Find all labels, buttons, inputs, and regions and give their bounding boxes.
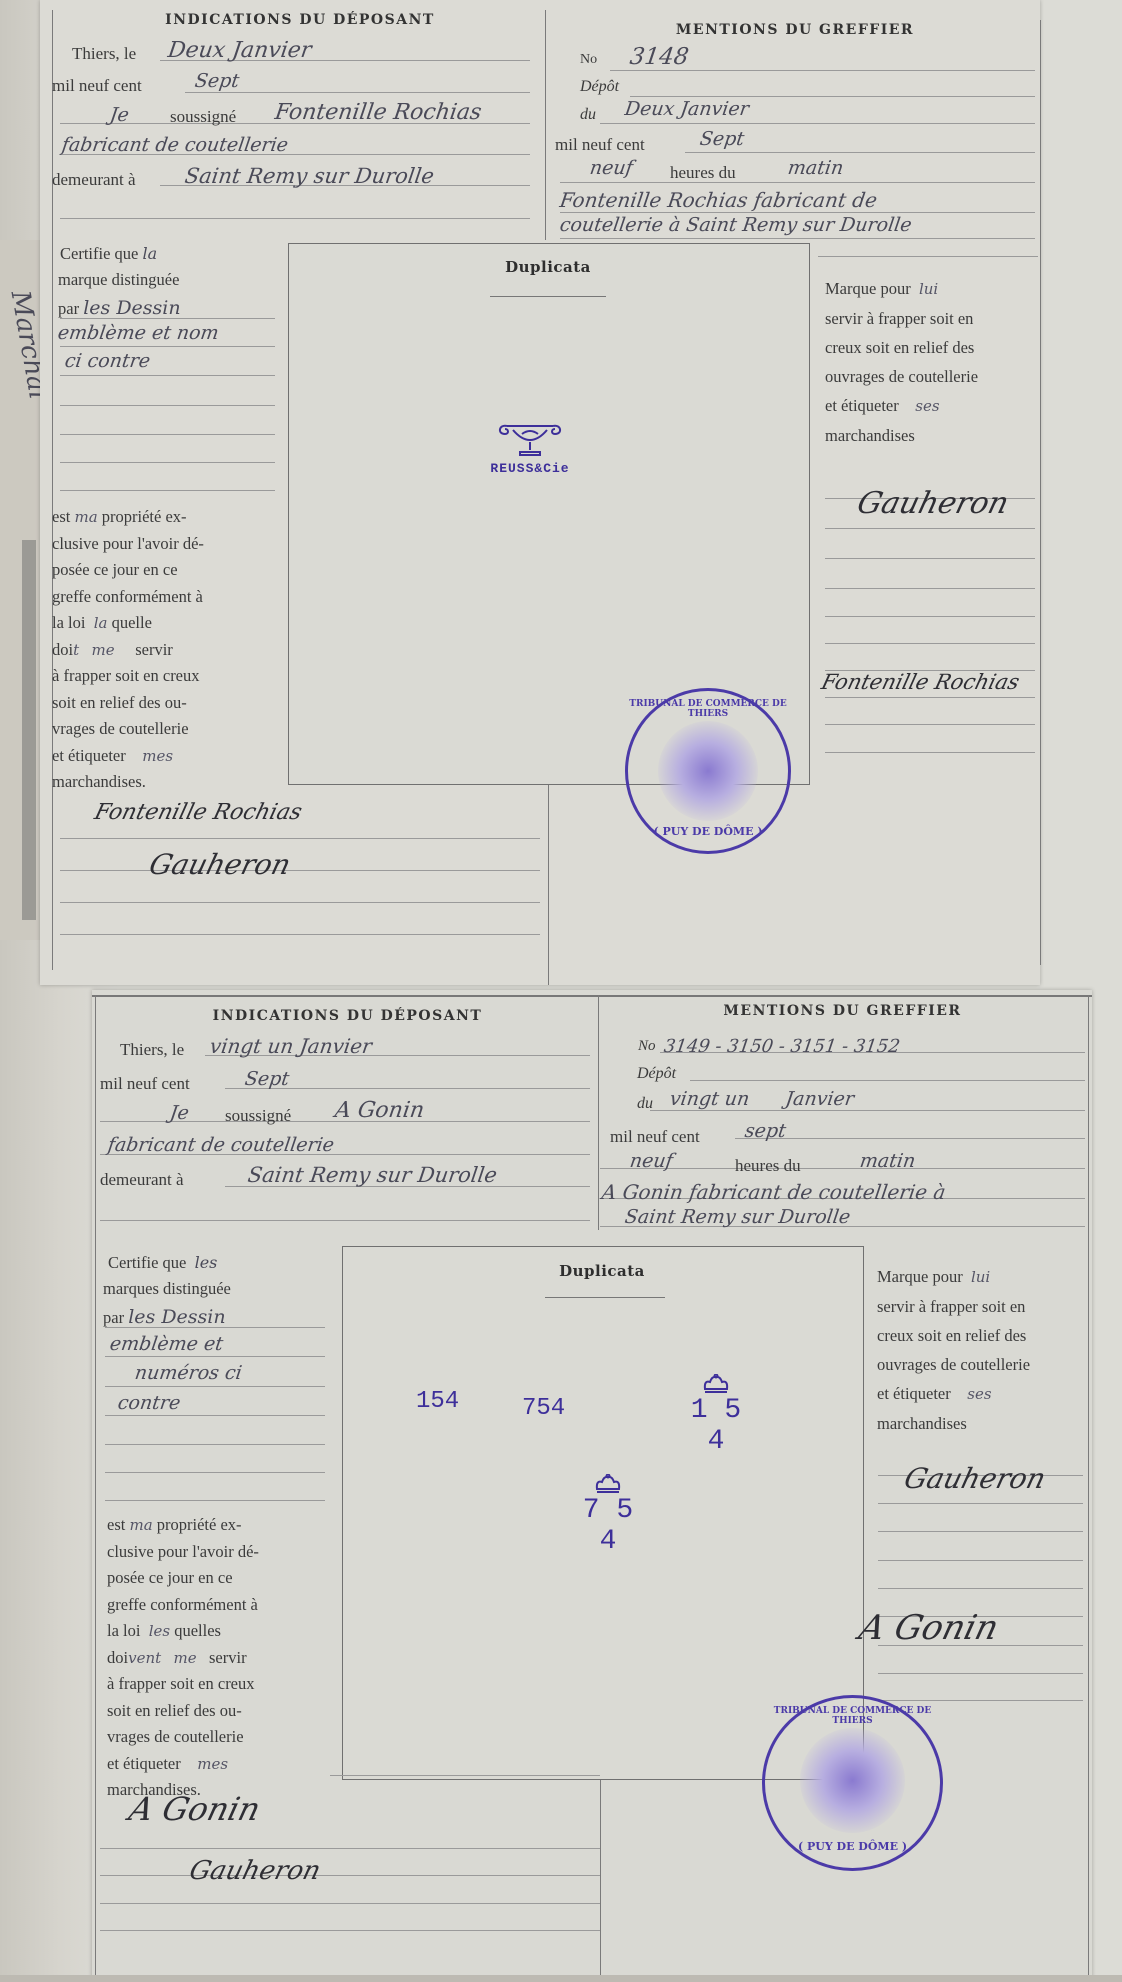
r1-certify-line5: ci contre — [63, 350, 151, 372]
hand: mes — [197, 1755, 228, 1773]
rule — [100, 1903, 600, 1904]
text: greffe conformément à — [52, 584, 272, 611]
rule — [185, 92, 530, 93]
hand: me — [92, 641, 115, 659]
text: est — [107, 1515, 125, 1534]
rule — [105, 1327, 325, 1328]
hand: t — [73, 641, 79, 659]
r1-heures-label: heures du — [670, 163, 736, 183]
r1-duplicata-title: Duplicata — [288, 258, 808, 276]
hand: ses — [915, 397, 939, 415]
rule — [878, 1673, 1083, 1674]
r2-no-hand: 3149 - 3150 - 3151 - 3152 — [663, 1036, 902, 1057]
r2-du-hand: vingt un Janvier — [668, 1088, 855, 1110]
record-1-right-header: MENTIONS DU GREFFIER — [555, 22, 1035, 38]
crown-mark-text: 7 5 4 — [568, 1495, 648, 1557]
seal-emblem — [658, 721, 758, 821]
record-2-bottom-center-divider — [600, 1780, 601, 1980]
rule — [105, 1386, 325, 1387]
rule — [60, 375, 275, 376]
r2-hour-hand: neuf — [628, 1150, 674, 1172]
rule — [825, 616, 1035, 617]
r2-certify-line4: emblème et — [108, 1333, 224, 1355]
text: creux soit en relief des — [825, 333, 1040, 362]
hand: ma — [129, 1516, 152, 1534]
hand: vent — [128, 1649, 161, 1667]
r1-depot-label: Dépôt — [580, 78, 619, 96]
r2-right-text: Marque pour lui servir à frapper soit en… — [877, 1262, 1087, 1438]
text: propriété ex- — [102, 507, 187, 526]
r2-crown-mark-754: 7 5 4 — [568, 1474, 648, 1557]
r1-date-hand: Deux Janvier — [166, 38, 313, 63]
certify-label: Certifie que — [108, 1253, 186, 1272]
rule — [650, 1110, 1085, 1111]
title-underline — [490, 296, 606, 297]
hand: la — [94, 614, 108, 632]
seal-bottom-text: ( PUY DE DÔME ) — [628, 825, 788, 838]
rule — [630, 96, 1035, 97]
r2-time-hand: matin — [858, 1150, 916, 1172]
rule — [60, 346, 275, 347]
r2-property-text: est ma propriété ex- clusive pour l'avoi… — [107, 1512, 332, 1804]
rule — [560, 238, 1035, 239]
rule — [100, 1220, 590, 1221]
text: marchandises. — [52, 769, 272, 796]
record-1-right-border — [1040, 20, 1041, 965]
crown-mark-text: 1 5 4 — [676, 1395, 756, 1457]
text: quelles — [174, 1621, 221, 1640]
text: soit en relief des ou- — [107, 1698, 332, 1725]
rule — [105, 1444, 325, 1445]
text: la loi — [52, 613, 85, 632]
rule — [818, 256, 1038, 257]
rule — [825, 528, 1035, 529]
certify-label: Certifie que — [60, 244, 138, 263]
r1-tribunal-seal: TRIBUNAL DE COMMERCE DE THIERS ( PUY DE … — [625, 688, 791, 854]
sheet-top-edge — [92, 995, 1092, 997]
rule — [100, 1930, 600, 1931]
margin-tab — [22, 540, 36, 920]
seal-emblem — [800, 1728, 905, 1833]
rule — [878, 1560, 1083, 1561]
text: servir — [209, 1648, 247, 1667]
text: et étiqueter — [107, 1754, 181, 1773]
par-hand: les Dessin — [128, 1306, 225, 1328]
rule — [330, 1775, 600, 1776]
r2-tribunal-seal: TRIBUNAL DE COMMERCE DE THIERS ( PUY DE … — [762, 1695, 943, 1871]
hand: me — [174, 1649, 197, 1667]
record-2-right-border — [1088, 995, 1089, 1975]
text: posée ce jour en ce — [107, 1565, 332, 1592]
rule — [105, 1500, 325, 1501]
r2-name-hand: A Gonin — [333, 1098, 426, 1123]
r1-clerk-year-label: mil neuf cent — [555, 135, 645, 155]
crown-icon — [594, 1474, 622, 1494]
rule — [825, 558, 1035, 559]
r2-clerk-year-label: mil neuf cent — [610, 1127, 700, 1147]
r2-year-hand: Sept — [243, 1068, 290, 1090]
r2-depot-label: Dépôt — [637, 1065, 676, 1083]
r1-certify-line3: par les Dessin — [58, 297, 181, 319]
text: ouvrages de coutellerie — [877, 1350, 1087, 1379]
r2-date-hand: vingt un Janvier — [208, 1034, 373, 1058]
r1-depositor-signature-right: Fontenille Rochias — [819, 670, 1022, 694]
record-2-right-header: MENTIONS DU GREFFIER — [600, 1003, 1085, 1019]
rule — [60, 934, 540, 935]
rule — [105, 1415, 325, 1416]
seal-top-text: TRIBUNAL DE COMMERCE DE THIERS — [765, 1706, 940, 1726]
text: et étiqueter — [52, 746, 126, 765]
r1-du-label: du — [580, 106, 596, 124]
text: creux soit en relief des — [877, 1321, 1087, 1350]
rule — [100, 1875, 600, 1876]
r2-certify-line2: marques distinguée — [103, 1279, 231, 1299]
r2-mark-154: 154 — [416, 1388, 459, 1415]
rule — [60, 434, 275, 435]
text: servir — [135, 640, 173, 659]
text: servir à frapper soit en — [877, 1292, 1087, 1321]
record-1-bottom-center-divider — [548, 785, 549, 985]
hand: mes — [142, 747, 173, 765]
r2-certify-line1: Certifie que les — [108, 1253, 217, 1273]
r1-du-hand: Deux Janvier — [623, 98, 750, 120]
page-bottom-edge — [0, 1975, 1122, 1982]
r1-hour-hand: neuf — [588, 157, 634, 179]
text: doi — [52, 640, 73, 659]
crown-icon — [702, 1374, 730, 1394]
r1-clerk-signature-left: Gauheron — [146, 848, 294, 881]
r2-duplicata-title: Duplicata — [342, 1262, 862, 1280]
text: greffe conformément à — [107, 1592, 332, 1619]
r2-certify-line3: par les Dessin — [103, 1306, 226, 1328]
par-label: par — [103, 1308, 124, 1327]
text: est — [52, 507, 70, 526]
r2-clerk-name-line: A Gonin fabricant de coutellerie à — [600, 1180, 947, 1204]
mark-text: REUSS&Cie — [480, 461, 580, 476]
text: doi — [107, 1648, 128, 1667]
rule — [825, 697, 1035, 698]
r1-certify-line4: emblème et nom — [56, 322, 220, 344]
record-1-left-border — [52, 10, 53, 970]
r1-no-hand: 3148 — [628, 44, 690, 70]
text: soit en relief des ou- — [52, 690, 272, 717]
r1-year-hand: Sept — [193, 70, 240, 92]
text: à frapper soit en creux — [107, 1671, 332, 1698]
text: Marque pour — [825, 279, 911, 298]
text: ouvrages de coutellerie — [825, 362, 1040, 391]
rule — [60, 405, 275, 406]
rule — [60, 318, 275, 319]
rule — [60, 870, 540, 871]
certify-hand: la — [142, 244, 157, 263]
text: propriété ex- — [157, 1515, 242, 1534]
rule — [878, 1531, 1083, 1532]
rule — [60, 902, 540, 903]
rule — [60, 490, 275, 491]
r2-residence-label: demeurant à — [100, 1170, 184, 1190]
r2-mark-754: 754 — [522, 1395, 565, 1422]
rule — [60, 218, 530, 219]
rule — [610, 70, 1035, 71]
r2-je-hand: Je — [168, 1102, 190, 1124]
title-underline — [545, 1297, 665, 1298]
r1-certify-line2: marque distinguée — [58, 270, 179, 290]
r1-soussigne-label: soussigné — [170, 107, 236, 127]
text: servir à frapper soit en — [825, 304, 1040, 333]
hand: ma — [74, 508, 97, 526]
record-1-center-divider — [545, 10, 546, 240]
r2-no-label: No — [638, 1038, 656, 1055]
rule — [60, 838, 540, 839]
r1-property-text: est ma propriété ex- clusive pour l'avoi… — [52, 504, 272, 796]
r1-clerk-signature-right: Gauheron — [854, 486, 1013, 521]
r1-clerk-year-hand: Sept — [698, 128, 745, 150]
text: marchandises — [877, 1409, 1087, 1438]
r1-mark: REUSS&Cie — [480, 418, 580, 476]
text: Marque pour — [877, 1267, 963, 1286]
rule — [735, 1138, 1085, 1139]
record-1-left-header: INDICATIONS DU DÉPOSANT — [60, 12, 540, 28]
rule — [878, 1503, 1083, 1504]
r2-certify-line6: contre — [116, 1392, 181, 1414]
hand: les — [149, 1622, 170, 1640]
rule — [878, 1588, 1083, 1589]
text: marchandises — [825, 421, 1040, 450]
r2-clerk-signature-right: Gauheron — [901, 1462, 1049, 1495]
r1-time-hand: matin — [786, 157, 844, 179]
rule — [825, 643, 1035, 644]
rule — [690, 1080, 1085, 1081]
r2-residence-hand: Saint Remy sur Durolle — [246, 1163, 498, 1187]
r2-soussigne-label: soussigné — [225, 1106, 291, 1126]
r2-du-label: du — [637, 1095, 653, 1113]
r2-clerk-signature-left: Gauheron — [186, 1856, 323, 1886]
hand: lui — [971, 1268, 990, 1286]
seal-top-text: TRIBUNAL DE COMMERCE DE THIERS — [628, 699, 788, 719]
r1-no-label: No — [580, 52, 597, 68]
r2-clerk-name-line2: Saint Remy sur Durolle — [623, 1206, 851, 1228]
r1-je-hand: Je — [108, 104, 130, 126]
rule — [600, 123, 1035, 124]
text: quelle — [112, 613, 152, 632]
record-2-left-border — [95, 995, 96, 1975]
rule — [60, 462, 275, 463]
r2-thiers-label: Thiers, le — [120, 1040, 184, 1060]
r1-residence-hand: Saint Remy sur Durolle — [183, 164, 435, 188]
text: vrages de coutellerie — [52, 716, 272, 743]
rule — [600, 1168, 1085, 1169]
r1-residence-label: demeurant à — [52, 170, 136, 190]
record-2-left-header: INDICATIONS DU DÉPOSANT — [100, 1008, 595, 1024]
certify-hand: les — [195, 1253, 218, 1272]
hand: ses — [967, 1385, 991, 1403]
r1-thiers-label: Thiers, le — [72, 44, 136, 64]
r1-name-hand: Fontenille Rochias — [273, 100, 483, 125]
text: clusive pour l'avoir dé- — [52, 531, 272, 558]
text: à frapper soit en creux — [52, 663, 272, 690]
text: et étiqueter — [877, 1384, 951, 1403]
r2-heures-label: heures du — [735, 1156, 801, 1176]
r1-clerk-name-line2: coutellerie à Saint Remy sur Durolle — [558, 214, 913, 236]
text: clusive pour l'avoir dé- — [107, 1539, 332, 1566]
r1-depositor-signature-left: Fontenille Rochias — [92, 800, 305, 825]
r1-right-text: Marque pour lui servir à frapper soit en… — [825, 274, 1040, 450]
r2-clerk-year-hand: sept — [743, 1120, 787, 1142]
text: la loi — [107, 1621, 140, 1640]
text: posée ce jour en ce — [52, 557, 272, 584]
rule — [105, 1472, 325, 1473]
r2-profession-hand: fabricant de coutellerie — [106, 1134, 335, 1156]
rule — [100, 1848, 600, 1849]
rule — [560, 182, 1035, 183]
rule — [825, 752, 1035, 753]
r1-clerk-name-line: Fontenille Rochias fabricant de — [558, 188, 878, 212]
rule — [825, 724, 1035, 725]
rule — [825, 588, 1035, 589]
r1-certify-line1: Certifie que la — [60, 244, 157, 264]
rule — [685, 152, 1035, 153]
par-label: par — [58, 299, 79, 318]
r2-crown-mark-154: 1 5 4 — [676, 1374, 756, 1457]
text: vrages de coutellerie — [107, 1724, 332, 1751]
hand: lui — [919, 280, 938, 298]
urn-icon — [495, 418, 565, 458]
r2-depositor-signature-left: A Gonin — [125, 1790, 264, 1828]
record-2-center-divider — [598, 995, 599, 1230]
seal-bottom-text: ( PUY DE DÔME ) — [765, 1840, 940, 1853]
r2-depositor-signature-right: A Gonin — [855, 1608, 1003, 1648]
r1-profession-hand: fabricant de coutellerie — [60, 134, 289, 156]
par-hand: les Dessin — [83, 297, 180, 319]
rule — [105, 1356, 325, 1357]
r1-year-label: mil neuf cent — [52, 76, 142, 96]
r2-year-label: mil neuf cent — [100, 1074, 190, 1094]
text: et étiqueter — [825, 396, 899, 415]
rule — [560, 212, 1035, 213]
rule — [878, 1700, 1083, 1701]
r2-certify-line5: numéros ci — [133, 1362, 243, 1384]
